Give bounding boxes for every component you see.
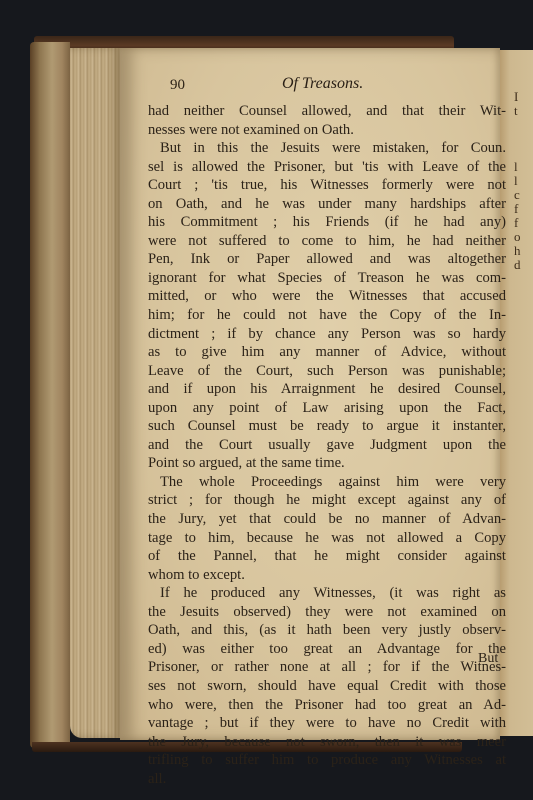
text-line: who were, then the Prisoner had too grea… [148, 696, 506, 715]
text-line: Court ; 'tis true, his Witnesses formerl… [148, 176, 506, 195]
text-line: all. [148, 770, 506, 789]
text-line: Pen, Ink or Paper allowed and was altoge… [148, 250, 506, 269]
text-line: strict ; for though he might except agai… [148, 491, 506, 510]
text-line: had neither Counsel allowed, and that th… [148, 102, 506, 121]
text-line: vantage ; but if they were to have no Cr… [148, 714, 506, 733]
text-line: But in this the Jesuits were mistaken, f… [148, 139, 506, 158]
text-line: mitted, or who were the Witnesses that a… [148, 287, 506, 306]
running-head-title: Of Treasons. [282, 75, 363, 93]
catchword: But [478, 651, 498, 667]
text-line: and the Court usually gave Judgment upon… [148, 436, 506, 455]
text-line: whom to except. [148, 566, 506, 585]
text-line: his Commitment ; his Friends (if he had … [148, 213, 506, 232]
text-line: Leave of the Court, such Person was puni… [148, 362, 506, 381]
text-line: were not suffered to come to him, he had… [148, 232, 506, 251]
text-line: him; for he could not have the Copy of t… [148, 306, 506, 325]
text-line: The whole Proceedings against him were v… [148, 473, 506, 492]
body-text: had neither Counsel allowed, and that th… [148, 102, 518, 788]
text-line: such Counsel must be ready to argue it i… [148, 417, 506, 436]
text-line: the Jury, because not sworn, then it was… [148, 733, 506, 752]
text-line: the Jury, yet that could be no manner of… [148, 510, 506, 529]
book-spine [30, 42, 70, 748]
text-line: trifling to suffer him to produce any Wi… [148, 751, 506, 770]
text-line: ed) was either too great an Advantage fo… [148, 640, 506, 659]
text-line: Oath, and this, (as it hath been very ju… [148, 621, 506, 640]
text-line: dictment ; if by chance any Person was s… [148, 325, 506, 344]
text-line: on Oath, and he was under many hardships… [148, 195, 506, 214]
text-line: upon any point of Law arising upon the F… [148, 399, 506, 418]
text-line: Prisoner, or rather none at all ; for if… [148, 658, 506, 677]
text-line: as to give him any manner of Advice, wit… [148, 343, 506, 362]
text-line: the Jesuits observed) they were not exam… [148, 603, 506, 622]
text-line: sel is allowed the Prisoner, but 'tis wi… [148, 158, 506, 177]
page-number: 90 [170, 77, 185, 94]
text-line: Point so argued, at the same time. [148, 454, 506, 473]
text-line: If he produced any Witnesses, (it was ri… [148, 584, 506, 603]
text-line: ignorant for what Species of Treason he … [148, 269, 506, 288]
text-line: of the Pannel, that he might consider ag… [148, 547, 506, 566]
text-line: and if upon his Arraignment he desired C… [148, 380, 506, 399]
running-head: 90 Of Treasons. [170, 77, 500, 93]
text-line: nesses were not examined on Oath. [148, 121, 506, 140]
page-block-edges [70, 48, 120, 738]
text-line: tage to him, because he was not allowed … [148, 529, 506, 548]
text-line: ses not sworn, should have equal Credit … [148, 677, 506, 696]
